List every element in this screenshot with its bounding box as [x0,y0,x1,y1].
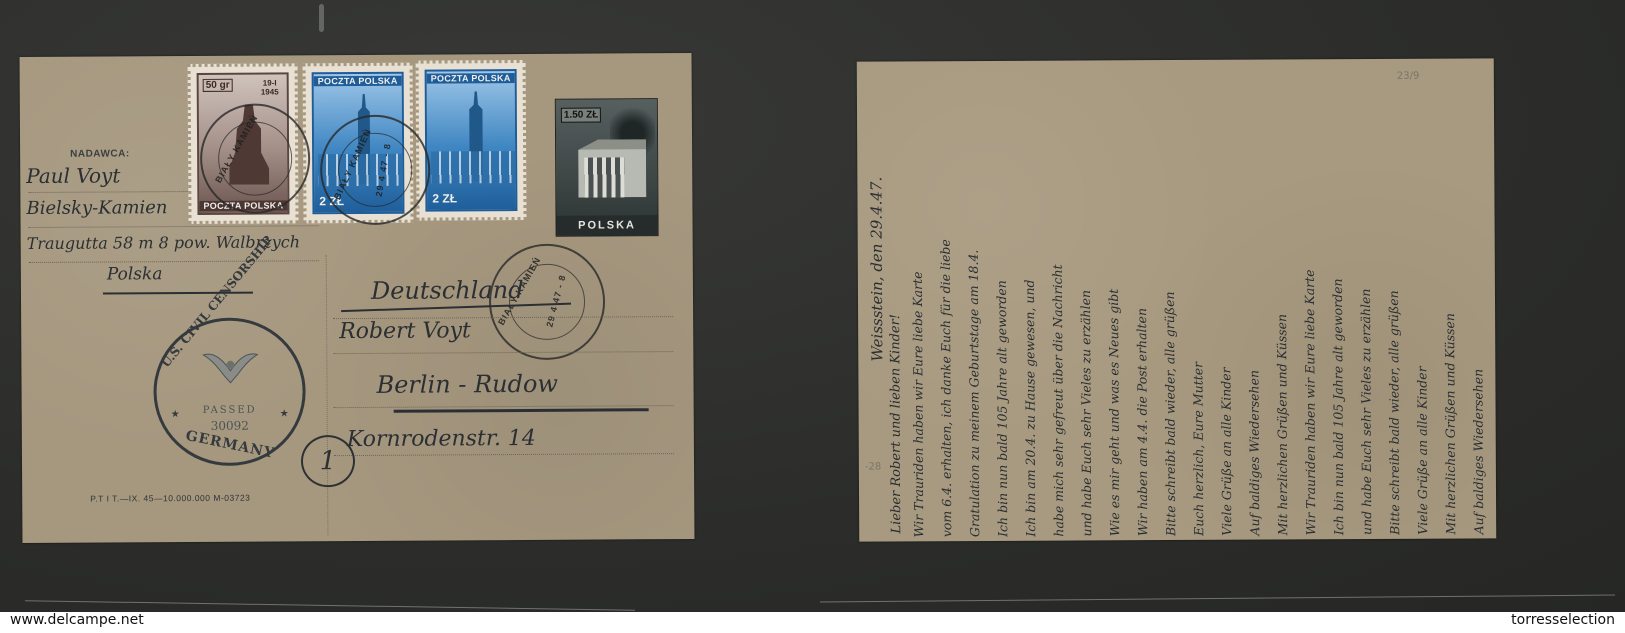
letter-line: und habe Euch sehr Vieles zu erzählen [1078,290,1094,537]
censor-bottom-arc: GERMANY [184,428,276,462]
recipient-street: Kornrodenstr. 14 [347,426,536,452]
printer-imprint: P.T I T.—IX. 45—10.000.000 M-03723 [90,493,250,504]
sender-line-2 [29,225,319,228]
imprinted-stamp-value: 1.50 ZŁ [561,108,602,123]
stamp-country: POCZTA POLSKA [427,73,515,84]
letter-line: Ich bin nun bald 105 Jahre alt geworden [994,280,1010,537]
recipient-city-underline [394,408,649,413]
recipient-name: Robert Voyt [339,318,471,344]
postmark-2: BIAŁY KAMIEŃ 29 4 47 - 8 [320,115,431,226]
censor-number: 30092 [157,418,303,433]
dust-speck [319,4,324,32]
letter-line: Auf baldiges Wiedersehen [1246,370,1262,536]
sender-name: Paul Voyt [26,163,120,188]
letter-dateline: Weissstein, den 29.4.47. [867,177,886,362]
letter-line: Auf baldiges Wiedersehen [1470,369,1486,535]
letter-line: Viele Grüße an alle Kinder [1414,366,1430,534]
sender-line-1 [28,191,188,193]
imprinted-stamp-country: POLSKA [557,215,658,236]
stamp-dates: 19-I 1945 [256,78,284,96]
stamp-value: 2 ZŁ [432,191,457,205]
eagle-icon [201,349,259,389]
letter-line: Ich bin nun bald 105 Jahre alt geworden [1330,278,1346,535]
letter-line: Euch herzlich, Eure Mutter [1190,362,1206,536]
imprinted-stamp: 1.50 ZŁ POLSKA [555,98,659,237]
address-line-2 [333,351,673,354]
letter-line: Wir Trauriden haben wir Eure liebe Karte [910,271,926,537]
pencil-note: -28 [865,462,881,473]
letter-line: Bitte schreibt bald wieder, alle grüßen [1162,291,1178,536]
letter-line: Mit herzlichen Grüßen und Küssen [1442,313,1458,535]
town-houses-icon [431,151,517,184]
stamp-value: 50 gr [203,79,233,92]
recipient-city: Berlin - Rudow [376,370,558,399]
star-icon: ★ [280,408,289,419]
divider-line [326,255,329,535]
censorship-handstamp: U.S. CIVIL CENSORSHIP PASSED 30092 ★ ★ G… [153,317,306,466]
letter-greeting: Lieber Robert und lieben Kinder! [888,314,904,534]
address-line-4 [334,453,674,456]
letter-line: Wir Trauriden haben wir Eure liebe Karte [1302,269,1318,535]
letter-line: vom 6.4. erhalten, ich danke Euch für di… [938,239,955,537]
watermark-bar: www.delcampe.net torresselection [0,612,1625,633]
sender-town: Bielsky-Kamien [26,197,167,219]
recipient-country: Deutschland [371,276,524,305]
postcard-front: NADAWCA: Paul Voyt Bielsky-Kamien Traugu… [20,53,695,543]
letter-line: Viele Grüße an alle Kinder [1218,367,1234,535]
pencil-note: 23/9 [1397,71,1420,82]
postcard-back: Weissstein, den 29.4.47. Lieber Robert u… [857,58,1497,541]
columns-icon [584,157,624,197]
letter-line: habe mich sehr gefreut über die Nachrich… [1050,264,1066,536]
letter-line: Ich bin am 20.4. zu Hause gewesen, und [1022,279,1038,536]
circled-district-number: 1 [301,435,355,487]
letter-line: Wie es mir geht und was es Neues gibt [1106,289,1122,537]
letter-line: Wir haben am 4.4. die Post erhalten [1134,308,1150,536]
sender-country: Polska [107,264,163,284]
background-crease [25,600,635,611]
letter-line: und habe Euch sehr Vieles zu erzählen [1358,289,1374,536]
star-icon: ★ [171,409,180,420]
watermark-right: torresselection [1511,612,1615,628]
letter-line: Bitte schreibt bald wieder, alle grüßen [1386,290,1402,535]
postmark-1: BIAŁY KAMIEŃ [200,103,311,214]
stamp-blue-gdansk-2: POCZTA POLSKA 2 ZŁ [416,60,527,221]
letter-line: Gratulation zu meinem Geburtstage am 18.… [966,250,983,537]
sender-label: NADAWCA: [70,148,130,159]
letter-line: Mit herzlichen Grüßen und Küssen [1274,314,1290,536]
watermark-left: www.delcampe.net [10,612,144,628]
sender-line-3 [29,260,319,263]
stamp-country: POCZTA POLSKA [314,76,402,87]
background-crease [820,595,1615,603]
